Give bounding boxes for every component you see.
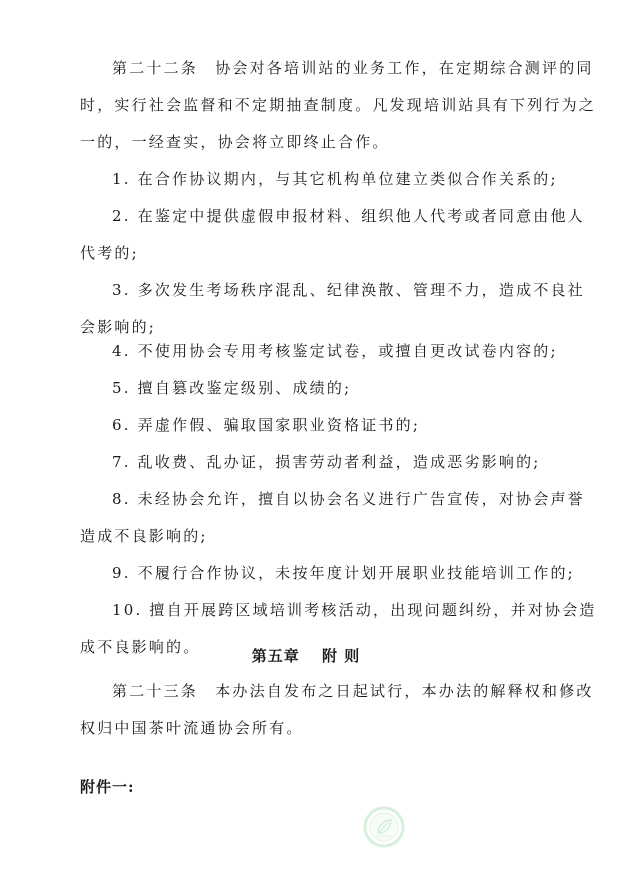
article-22-line-3: 一的，一经查实，协会将立即终止合作。 bbox=[80, 132, 532, 152]
chapter-heading: 第五章 附 则 bbox=[80, 646, 532, 666]
list-item-1: 1. 在合作协议期内，与其它机构单位建立类似合作关系的; bbox=[80, 169, 532, 189]
article-23-line-2: 权归中国茶叶流通协会所有。 bbox=[80, 718, 532, 738]
list-item-3-line-2: 会影响的; bbox=[80, 317, 532, 337]
article-22-line-2: 时，实行社会监督和不定期抽查制度。凡发现培训站具有下列行为之 bbox=[80, 95, 532, 115]
list-item-8-line-1: 8. 未经协会允许，擅自以协会名义进行广告宣传，对协会声誉 bbox=[80, 489, 532, 509]
list-item-4: 4. 不使用协会专用考核鉴定试卷，或擅自更改试卷内容的; bbox=[80, 341, 532, 361]
list-item-8-line-2: 造成不良影响的; bbox=[80, 526, 532, 546]
list-item-6: 6. 弄虚作假、骗取国家职业资格证书的; bbox=[80, 415, 532, 435]
article-22-line-1: 第二十二条 协会对各培训站的业务工作，在定期综合测评的同 bbox=[80, 58, 532, 78]
list-item-10-line-1: 10. 擅自开展跨区域培训考核活动，出现问题纠纷，并对协会造 bbox=[80, 600, 532, 620]
list-item-5: 5. 擅自篡改鉴定级别、成绩的; bbox=[80, 378, 532, 398]
leaf-seal-icon bbox=[363, 806, 405, 848]
list-item-2-line-1: 2. 在鉴定中提供虚假申报材料、组织他人代考或者同意由他人 bbox=[80, 206, 532, 226]
list-item-3-line-1: 3. 多次发生考场秩序混乱、纪律涣散、管理不力，造成不良社 bbox=[80, 280, 532, 300]
list-item-2-line-2: 代考的; bbox=[80, 243, 532, 263]
annex-label: 附件一: bbox=[80, 777, 135, 797]
article-23-line-1: 第二十三条 本办法自发布之日起试行，本办法的解释权和修改 bbox=[80, 681, 532, 701]
list-item-7: 7. 乱收费、乱办证，损害劳动者利益，造成恶劣影响的; bbox=[80, 452, 532, 472]
list-item-9: 9. 不履行合作协议，未按年度计划开展职业技能培训工作的; bbox=[80, 563, 532, 583]
